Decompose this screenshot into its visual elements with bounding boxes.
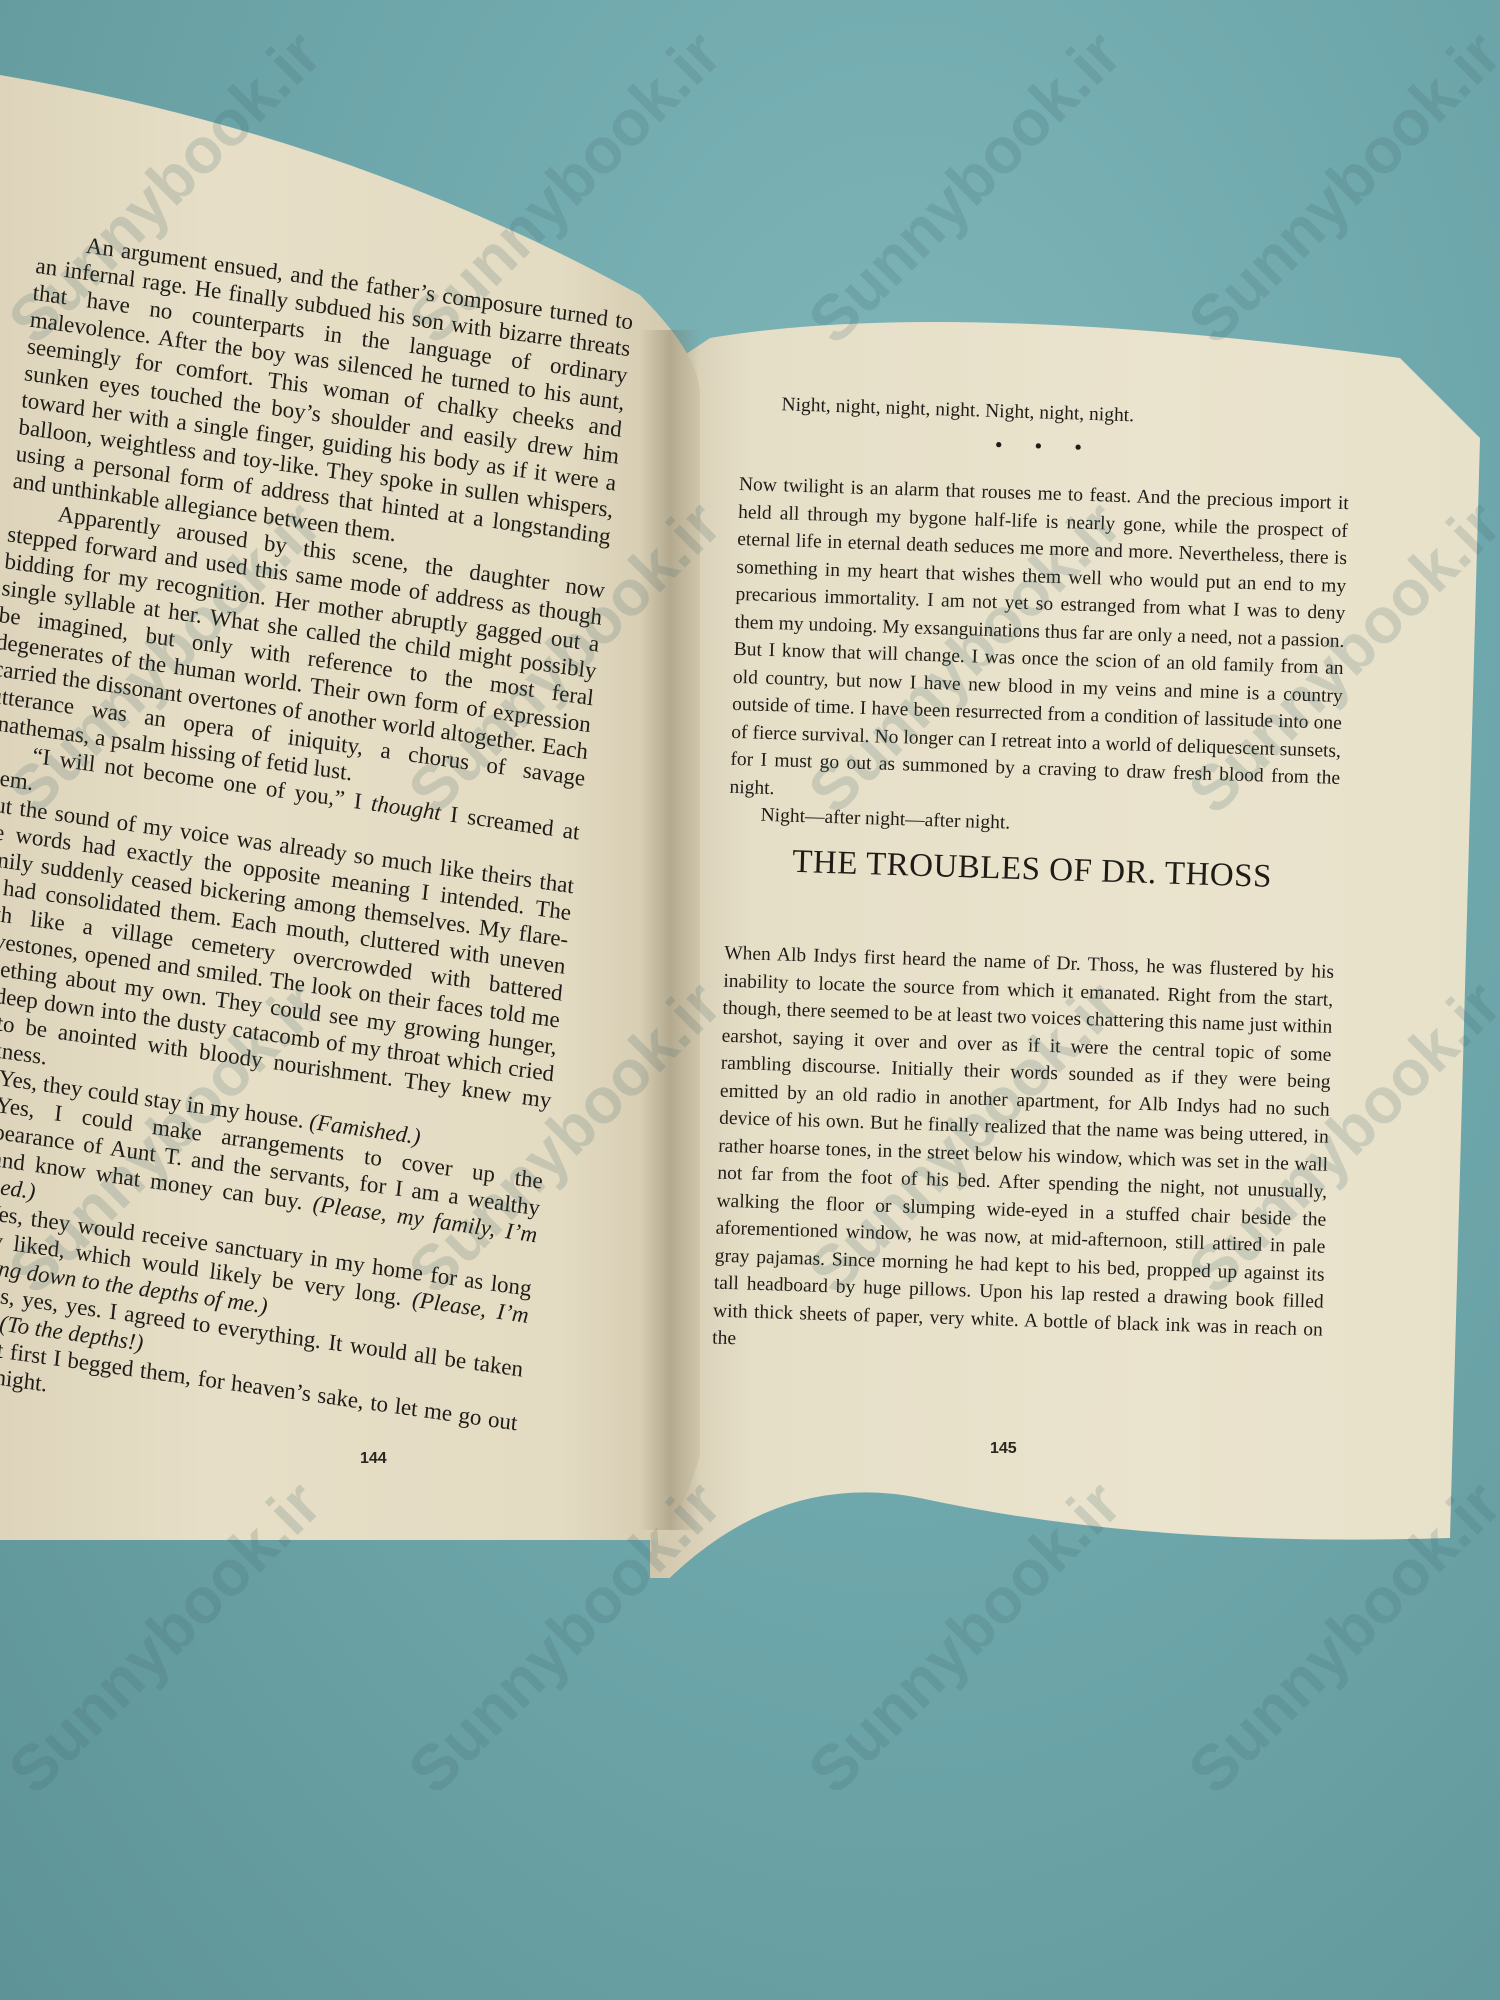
watermark: Sunnybook.ir bbox=[1174, 16, 1500, 357]
chapter-title: THE TROUBLES OF DR. THOSS bbox=[727, 846, 1338, 893]
page-number: 144 bbox=[360, 1450, 387, 1468]
book-gutter bbox=[640, 330, 700, 1530]
page-number: 145 bbox=[990, 1440, 1017, 1458]
paragraph: Now twilight is an alarm that rouses me … bbox=[729, 471, 1349, 820]
watermark: Sunnybook.ir bbox=[794, 16, 1135, 357]
paragraph: When Alb Indys first heard the name of D… bbox=[712, 940, 1335, 1371]
right-page-text: Night, night, night, night. Night, night… bbox=[712, 390, 1352, 1371]
